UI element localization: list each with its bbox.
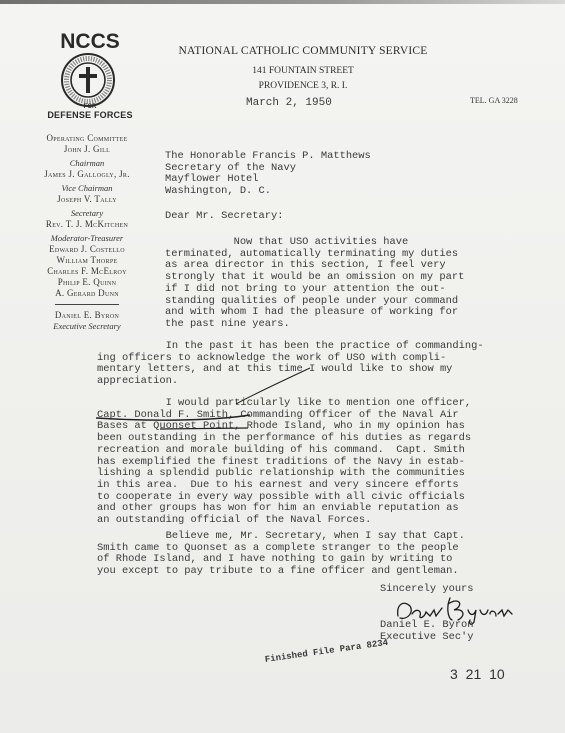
executive-name: Daniel E. Byron <box>22 310 152 321</box>
committee-member: Charles F. McElroy <box>22 266 152 277</box>
committee-heading: Operating Committee <box>22 133 152 144</box>
recipient-name: The Honorable Francis P. Matthews <box>165 151 371 163</box>
seal-cross-icon <box>60 52 116 108</box>
committee-member: A. Gerard Dunn <box>22 288 152 299</box>
committee-member: Joseph V. Tally <box>22 194 152 205</box>
committee-role: Secretary <box>22 208 152 219</box>
org-name: NATIONAL CATHOLIC COMMUNITY SERVICE <box>158 45 448 57</box>
committee-member: Philip E. Quinn <box>22 277 152 288</box>
salutation: Dear Mr. Secretary: <box>165 210 283 222</box>
logo-defense-forces: DEFENSE FORCES <box>42 110 138 120</box>
committee-role: Vice Chairman <box>22 183 152 194</box>
executive-title: Executive Secretary <box>22 321 152 332</box>
address-street: 141 FOUNTAIN STREET <box>158 66 448 76</box>
committee-member: William Thorpe <box>22 255 152 266</box>
paragraph-2: In the past it has been the practice of … <box>97 341 484 388</box>
committee-role: Chairman <box>22 158 152 169</box>
file-number: 3 21 10 <box>450 666 505 682</box>
recipient-city: Washington, D. C. <box>165 186 371 198</box>
logo-text: NCCS <box>55 30 125 54</box>
signer-name: Daniel E. Byron <box>380 620 474 632</box>
address-city: PROVIDENCE 3, R. I. <box>158 81 448 91</box>
committee-member: Rev. T. J. McKitchen <box>22 219 152 230</box>
committee-list: Operating Committee John J. Gill Chairma… <box>22 133 152 332</box>
inside-address: The Honorable Francis P. MatthewsSecreta… <box>165 151 371 197</box>
committee-member: Edward J. Costello <box>22 244 152 255</box>
signer-title: Executive Sec'y <box>380 632 474 644</box>
letter-date: March 2, 1950 <box>246 97 332 109</box>
paragraph-1: Now that USO activities have terminated,… <box>165 237 464 331</box>
paragraph-4: Believe me, Mr. Secretary, when I say th… <box>97 531 465 578</box>
committee-member: James J. Gallogly, Jr. <box>22 169 152 180</box>
committee-member: John J. Gill <box>22 144 152 155</box>
divider <box>55 304 119 305</box>
committee-role: Moderator-Treasurer <box>22 233 152 244</box>
telephone: TEL. GA 3228 <box>470 96 518 105</box>
signer-block: Daniel E. ByronExecutive Sec'y <box>380 620 474 643</box>
paragraph-3: I would particularly like to mention one… <box>97 398 471 527</box>
